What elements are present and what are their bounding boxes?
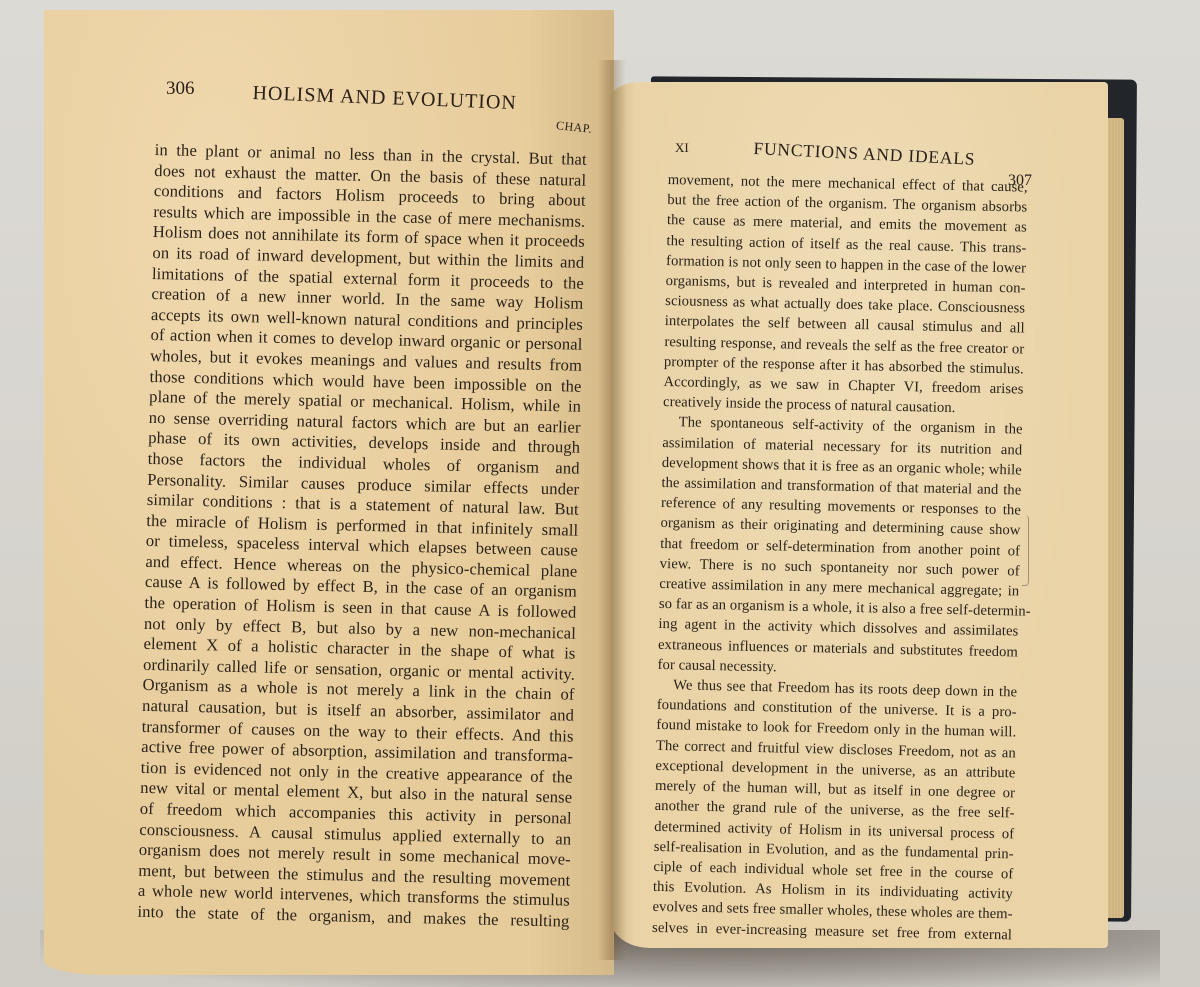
- left-page-body: in the plant or animal no less than in t…: [137, 140, 587, 932]
- right-chapter-marker: XI: [675, 140, 689, 156]
- book-gutter: [598, 60, 626, 960]
- right-page-body: movement, not the mere mechanical effect…: [652, 170, 1028, 945]
- pencil-margin-mark: [1022, 515, 1029, 586]
- left-page-number: 306: [166, 78, 195, 100]
